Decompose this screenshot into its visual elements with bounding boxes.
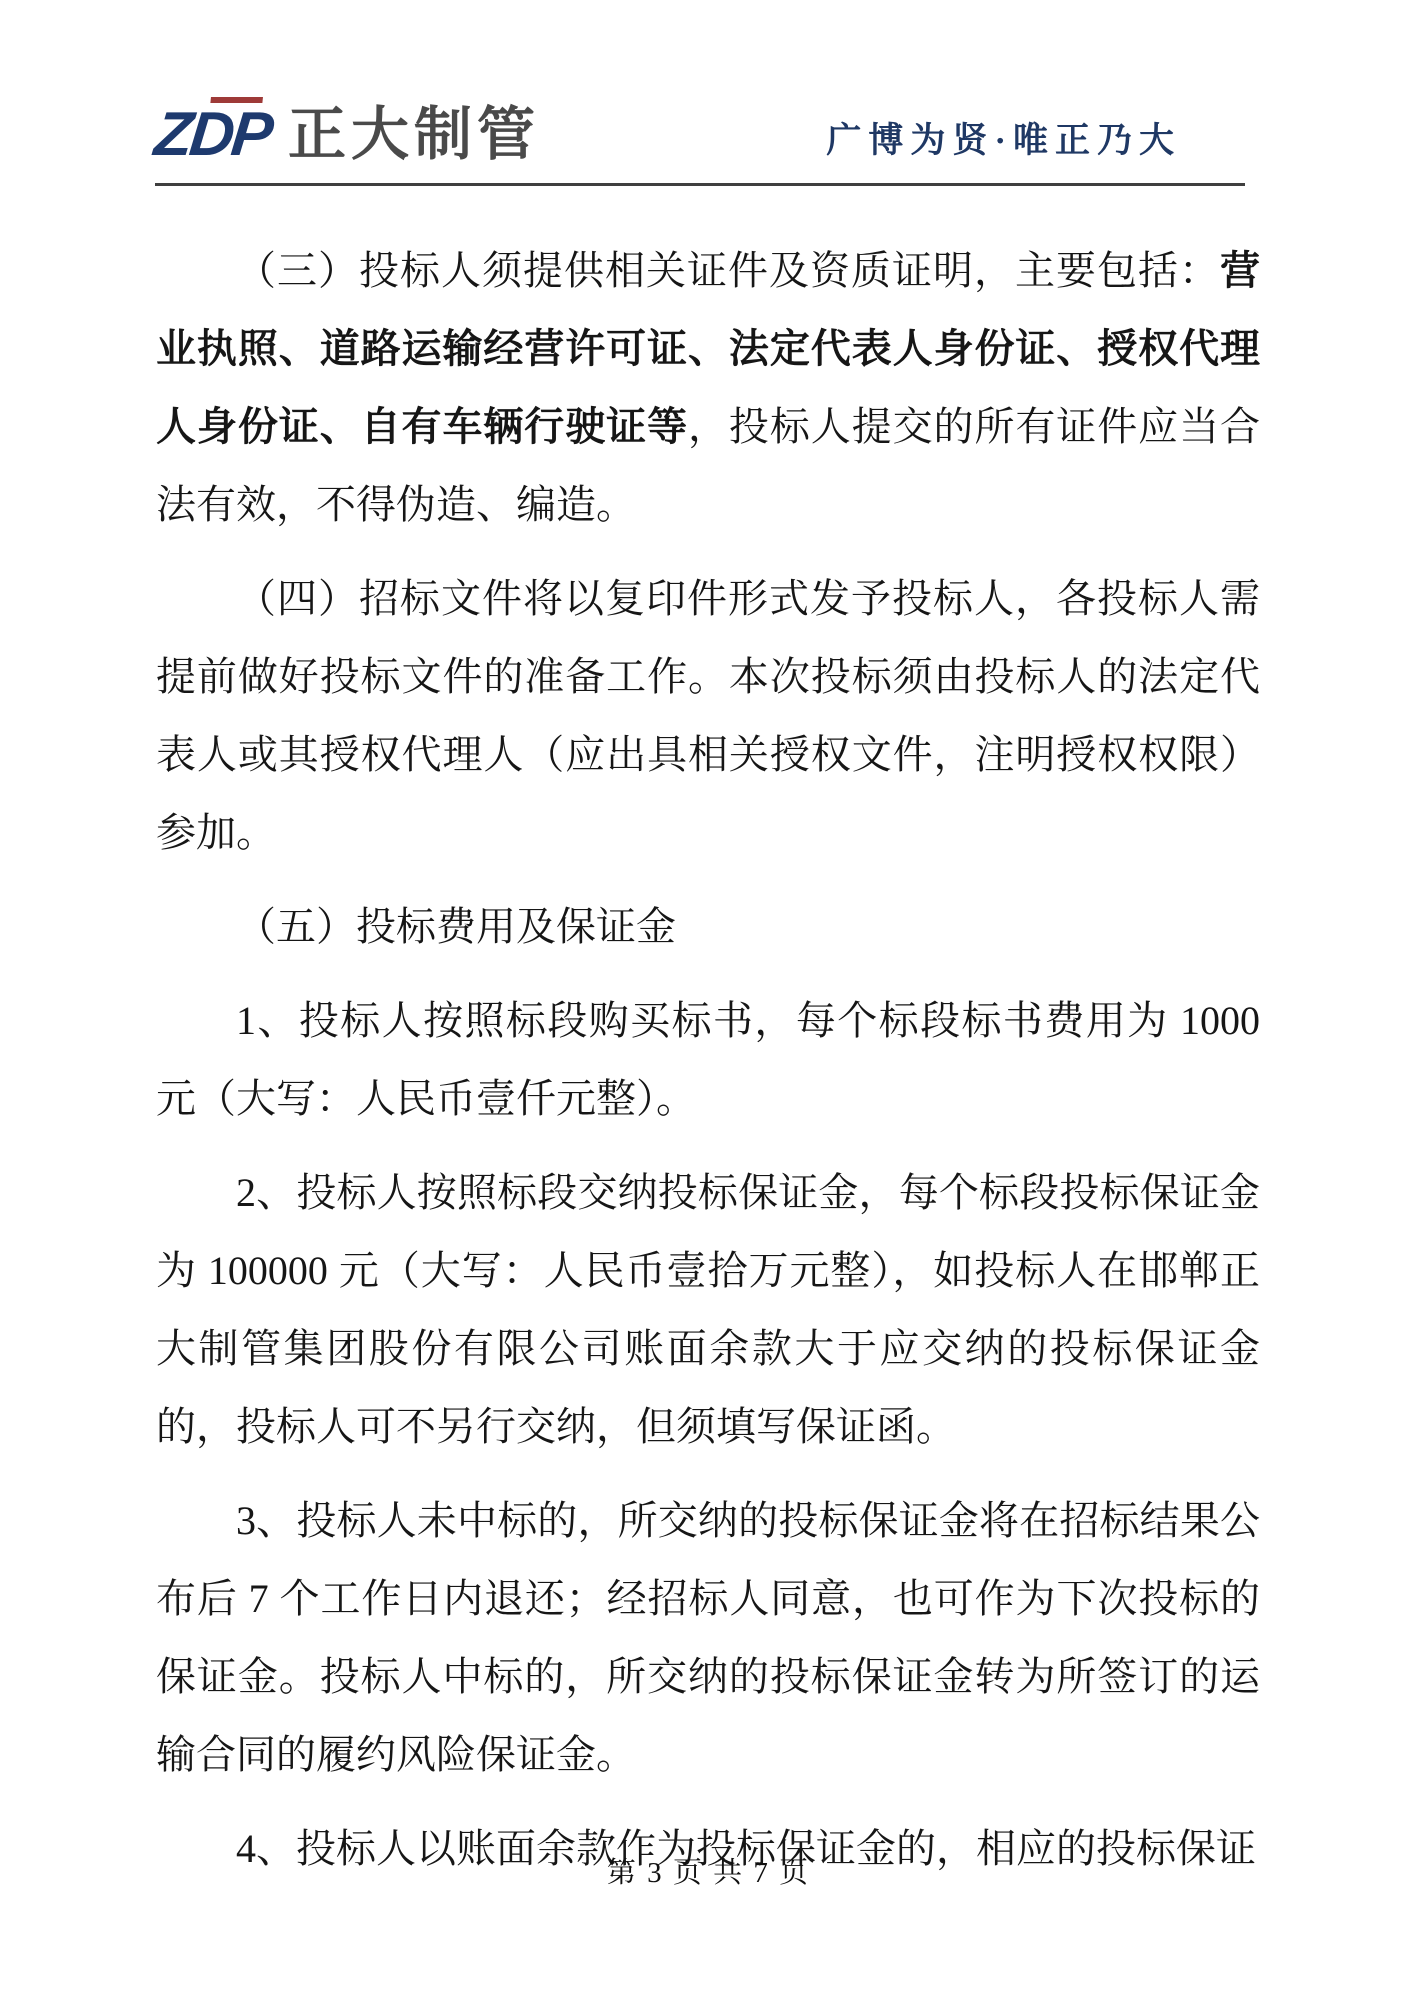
page-number: 第 3 页 共 7 页 xyxy=(0,1850,1417,1891)
document-page: ZDP 正大制管 广博为贤·唯正乃大 （三）投标人须提供相关证件及资质证明，主要… xyxy=(0,0,1417,2005)
zdp-logo-text: ZDP xyxy=(151,100,273,169)
paragraph-section-4: （四）招标文件将以复印件形式发予投标人，各投标人需提前做好投标文件的准备工作。本… xyxy=(156,560,1260,872)
logo-red-accent-bar xyxy=(210,97,263,103)
document-body: （三）投标人须提供相关证件及资质证明，主要包括：营业执照、道路运输经营许可证、法… xyxy=(156,186,1260,1888)
paragraph-item-3: 3、投标人未中标的，所交纳的投标保证金将在招标结果公布后 7 个工作日内退还；经… xyxy=(156,1482,1260,1794)
company-logo: ZDP 正大制管 xyxy=(155,104,540,166)
page-header: ZDP 正大制管 广博为贤·唯正乃大 xyxy=(155,96,1245,180)
company-slogan: 广博为贤·唯正乃大 xyxy=(826,122,1181,160)
company-name-wordmark: 正大制管 xyxy=(288,104,540,166)
paragraph-item-1: 1、投标人按照标段购买标书，每个标段标书费用为 1000 元（大写：人民币壹仟元… xyxy=(156,982,1260,1138)
paragraph-section-3: （三）投标人须提供相关证件及资质证明，主要包括：营业执照、道路运输经营许可证、法… xyxy=(156,232,1260,544)
paragraph-3-lead: （三）投标人须提供相关证件及资质证明，主要包括： xyxy=(236,248,1220,293)
paragraph-item-2: 2、投标人按照标段交纳投标保证金，每个标段投标保证金为 100000 元（大写：… xyxy=(156,1154,1260,1466)
zdp-logo-mark: ZDP xyxy=(152,104,274,166)
paragraph-section-5-heading: （五）投标费用及保证金 xyxy=(156,888,1260,966)
